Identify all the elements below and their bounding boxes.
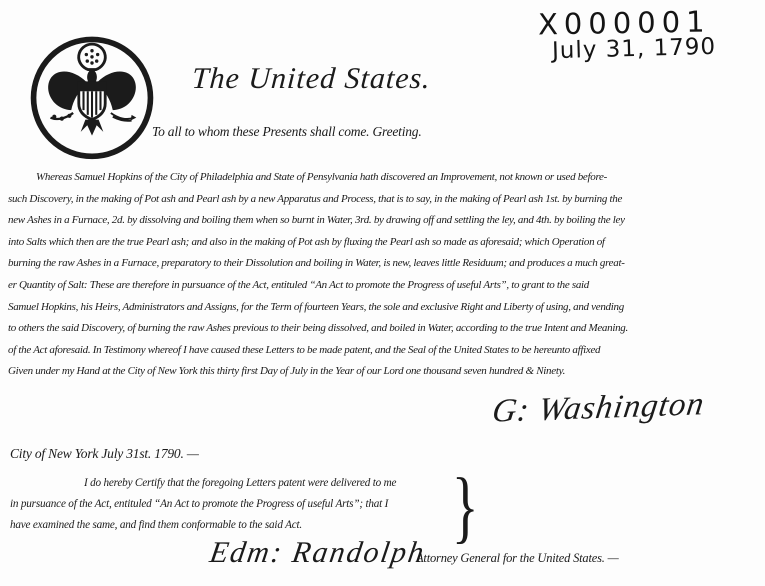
document-title: The United States. <box>191 62 432 96</box>
body-line: Whereas Samuel Hopkins of the City of Ph… <box>8 167 760 189</box>
body-line: of the Act aforesaid. In Testimony where… <box>8 340 760 362</box>
body-line: into Salts which then are the true Pearl… <box>8 232 760 254</box>
scanned-patent-document: X000001 July 31, 1790 The United States.… <box>0 0 765 586</box>
certification-line: I do hereby Certify that the foregoing L… <box>10 473 396 494</box>
attorney-general-title: Attorney General for the United States. … <box>416 551 619 566</box>
certification-line: have examined the same, and find them co… <box>10 515 396 536</box>
certification-line: in pursuance of the Act, entituled “An A… <box>10 494 396 515</box>
body-line: such Discovery, in the making of Pot ash… <box>8 189 760 211</box>
place-date-line: City of New York July 31st. 1790. — <box>10 446 199 462</box>
body-line: to others the said Discovery, of burning… <box>8 318 760 340</box>
body-line: burning the raw Ashes in a Furnace, prep… <box>8 253 760 275</box>
patent-date-annotation: July 31, 1790 <box>552 34 717 64</box>
salutation-line: To all to whom these Presents shall come… <box>152 124 422 140</box>
body-line: er Quantity of Salt: These are therefore… <box>8 275 760 297</box>
randolph-signature: Edm: Randolph <box>207 536 428 570</box>
body-line: Given under my Hand at the City of New Y… <box>8 361 760 383</box>
great-seal-icon <box>26 30 158 162</box>
body-line: new Ashes in a Furnace, 2d. by dissolvin… <box>8 210 760 232</box>
certification-paragraph: I do hereby Certify that the foregoing L… <box>10 473 396 535</box>
body-line: Samuel Hopkins, his Heirs, Administrator… <box>8 297 760 319</box>
washington-signature: G: Washington <box>490 386 707 430</box>
patent-body-paragraph: Whereas Samuel Hopkins of the City of Ph… <box>8 167 760 383</box>
certification-brace: } <box>452 462 479 553</box>
